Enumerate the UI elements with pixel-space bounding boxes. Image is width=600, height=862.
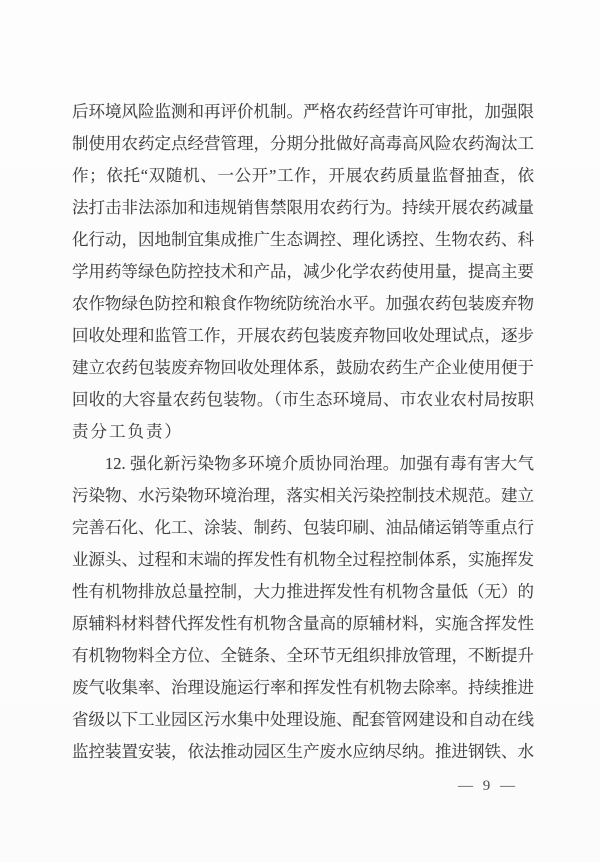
text-line: 省级以下工业园区污水集中处理设施、配套管网建设和自动在线 bbox=[72, 704, 534, 736]
text-line: 学用药等绿色防控技术和产品，减少化学农药使用量，提高主要 bbox=[72, 256, 534, 288]
text-line: 制使用农药定点经营管理，分期分批做好高毒高风险农药淘汰工 bbox=[72, 128, 534, 160]
text-line: 法打击非法添加和违规销售禁限用农药行为。持续开展农药减量 bbox=[72, 192, 534, 224]
page-number: — 9 — bbox=[72, 774, 534, 798]
text-line: 建立农药包装废弃物回收处理体系，鼓励农药生产企业使用便于 bbox=[72, 352, 534, 384]
scanned-document-page: 后环境风险监测和再评价机制。严格农药经营许可审批，加强限 制使用农药定点经营管理… bbox=[0, 0, 600, 862]
text-line: 后环境风险监测和再评价机制。严格农药经营许可审批，加强限 bbox=[72, 96, 534, 128]
text-line: 原辅料材料替代挥发性有机物含量高的原辅材料，实施含挥发性 bbox=[72, 608, 534, 640]
text-line: 性有机物排放总量控制，大力推进挥发性有机物含量低（无）的 bbox=[72, 576, 534, 608]
text-line: 监控装置安装，依法推动园区生产废水应纳尽纳。推进钢铁、水 bbox=[72, 736, 534, 768]
text-line: 化行动，因地制宜集成推广生态调控、理化诱控、生物农药、科 bbox=[72, 224, 534, 256]
text-line: 有机物物料全方位、全链条、全环节无组织排放管理，不断提升 bbox=[72, 640, 534, 672]
text-line-paragraph-end: 责分工负责） bbox=[72, 416, 534, 448]
text-line: 回收的大容量农药包装物。（市生态环境局、市农业农村局按职 bbox=[72, 384, 534, 416]
text-line: 废气收集率、治理设施运行率和挥发性有机物去除率。持续推进 bbox=[72, 672, 534, 704]
text-line: 回收处理和监管工作，开展农药包装废弃物回收处理试点，逐步 bbox=[72, 320, 534, 352]
text-line-paragraph-start: 12. 强化新污染物多环境介质协同治理。加强有毒有害大气 bbox=[72, 448, 534, 480]
document-body-text: 后环境风险监测和再评价机制。严格农药经营许可审批，加强限 制使用农药定点经营管理… bbox=[72, 96, 534, 768]
text-line: 农作物绿色防控和粮食作物统防统治水平。加强农药包装废弃物 bbox=[72, 288, 534, 320]
text-line: 完善石化、化工、涂装、制药、包装印刷、油品储运销等重点行 bbox=[72, 512, 534, 544]
text-line: 业源头、过程和末端的挥发性有机物全过程控制体系，实施挥发 bbox=[72, 544, 534, 576]
text-line: 作；依托“双随机、一公开”工作，开展农药质量监督抽查，依 bbox=[72, 160, 534, 192]
text-line: 污染物、水污染物环境治理，落实相关污染控制技术规范。建立 bbox=[72, 480, 534, 512]
